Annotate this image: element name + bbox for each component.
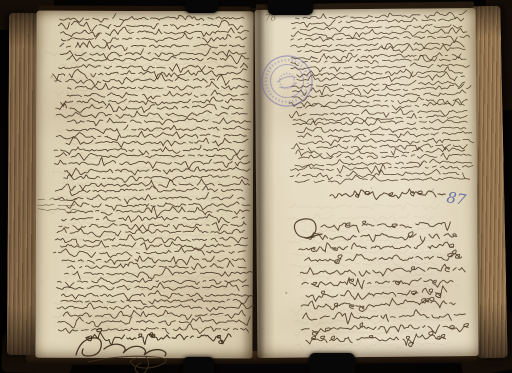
restraint-clip-top-left — [185, 0, 218, 13]
right-manuscript-page — [254, 8, 478, 358]
restraint-clip-bottom-left — [183, 357, 214, 373]
manuscript-photo: 78 87 — [0, 0, 512, 373]
restraint-clip-bottom-right — [309, 353, 355, 373]
restraint-clip-top-right — [268, 0, 313, 15]
left-manuscript-page — [35, 11, 253, 359]
